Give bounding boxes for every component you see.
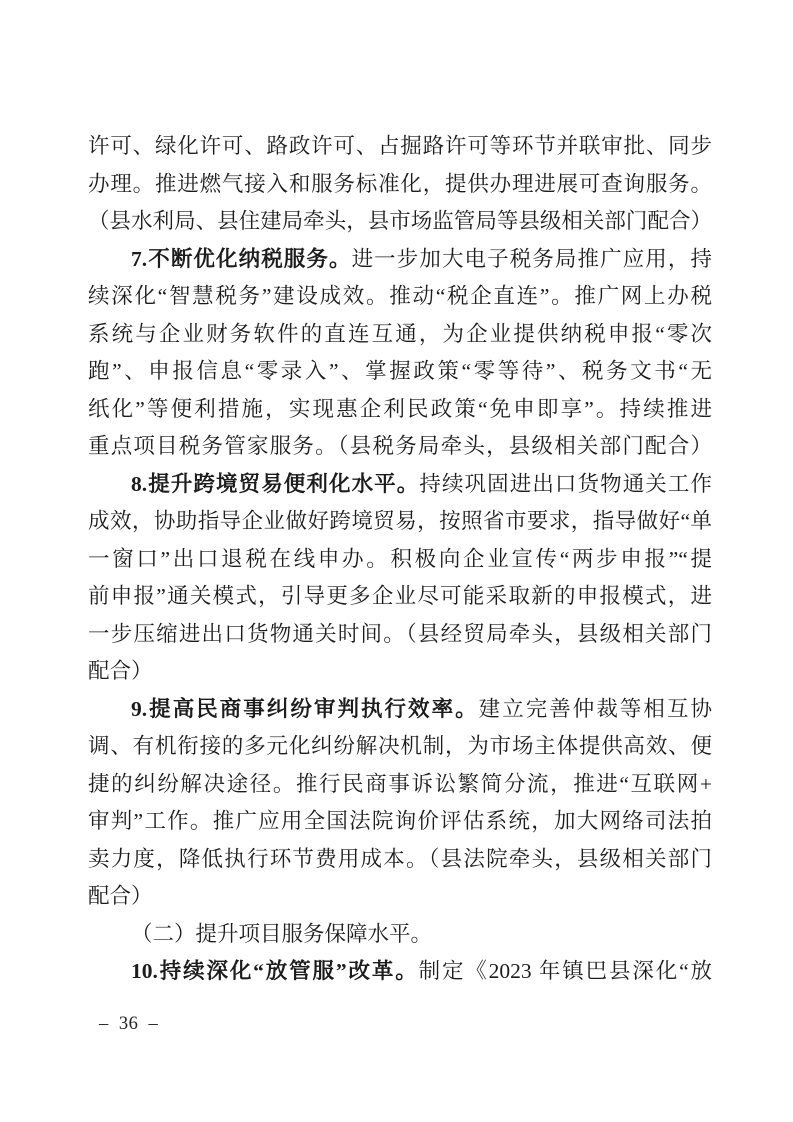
line-text: 成效，协助指导企业做好跨境贸易，按照省市要求，指导做好“单 — [88, 509, 712, 533]
line-text: （二）提升项目服务保障水平。 — [131, 922, 432, 946]
text-line: 一窗口”出口退税在线申办。积极向企业宣传“两步申报”“提 — [88, 541, 712, 579]
text-line: 续深化“智慧税务”建设成效。推动“税企直连”。推广网上办税 — [88, 278, 712, 316]
line-text: 卖力度，降低执行环节费用成本。（县法院牵头，县级相关部门 — [88, 847, 712, 871]
text-line: 纸化”等便利措施，实现惠企利民政策“免申即享”。持续推进 — [88, 391, 712, 429]
line-text: 许可、绿化许可、路政许可、占掘路许可等环节并联审批、同步 — [88, 134, 712, 158]
text-line: 跑”、申报信息“零录入”、掌握政策“零等待”、税务文书“无 — [88, 353, 712, 391]
line-text: 办理。推进燃气接入和服务标准化，提供办理进展可查询服务。 — [88, 172, 712, 196]
line-text: 进一步加大电子税务局推广应用，持 — [352, 247, 712, 271]
document-page: 许可、绿化许可、路政许可、占掘路许可等环节并联审批、同步 办理。推进燃气接入和服… — [0, 0, 793, 1122]
item-10-heading: 10.持续深化“放管服”改革。 — [131, 959, 419, 983]
line-text: 调、有机衔接的多元化纠纷解决机制，为市场主体提供高效、便 — [88, 734, 712, 758]
text-line: 系统与企业财务软件的直连互通，为企业提供纳税申报“零次 — [88, 316, 712, 354]
line-text: 持续巩固进出口货物通关工作 — [419, 472, 712, 496]
line-text: 跑”、申报信息“零录入”、掌握政策“零等待”、税务文书“无 — [88, 359, 712, 383]
text-line: 许可、绿化许可、路政许可、占掘路许可等环节并联审批、同步 — [88, 128, 712, 166]
text-line-item-9: 9.提高民商事纠纷审判执行效率。建立完善仲裁等相互协 — [88, 691, 712, 729]
line-text: 一窗口”出口退税在线申办。积极向企业宣传“两步申报”“提 — [88, 547, 712, 571]
text-line: 一步压缩进出口货物通关时间。（县经贸局牵头，县级相关部门 — [88, 616, 712, 654]
line-text: 制定《2023 年镇巴县深化“放 — [419, 959, 712, 983]
text-line: （县水利局、县住建局牵头，县市场监管局等县级相关部门配合） — [88, 203, 712, 241]
line-text: 建立完善仲裁等相互协 — [479, 697, 712, 721]
line-text: 审判”工作。推广应用全国法院询价评估系统，加大网络司法拍 — [88, 809, 712, 833]
text-line: 捷的纠纷解决途径。推行民商事诉讼繁简分流，推进“互联网+ — [88, 766, 712, 804]
line-text: 配合） — [88, 884, 153, 908]
item-9-heading: 9.提高民商事纠纷审判执行效率。 — [131, 697, 479, 721]
text-line-item-10: 10.持续深化“放管服”改革。制定《2023 年镇巴县深化“放 — [88, 953, 712, 991]
text-line: 前申报”通关模式，引导更多企业尽可能采取新的申报模式，进 — [88, 578, 712, 616]
line-text: 纸化”等便利措施，实现惠企利民政策“免申即享”。持续推进 — [88, 397, 712, 421]
text-line: 调、有机衔接的多元化纠纷解决机制，为市场主体提供高效、便 — [88, 728, 712, 766]
text-line-item-8: 8.提升跨境贸易便利化水平。持续巩固进出口货物通关工作 — [88, 466, 712, 504]
text-line: 重点项目税务管家服务。（县税务局牵头，县级相关部门配合） — [88, 428, 712, 466]
text-line: 配合） — [88, 878, 712, 916]
item-7-heading: 7.不断优化纳税服务。 — [131, 247, 352, 271]
line-text: 重点项目税务管家服务。（县税务局牵头，县级相关部门配合） — [88, 434, 712, 458]
line-text: 配合） — [88, 659, 153, 683]
page-number: – 36 – — [99, 1012, 158, 1036]
line-text: （县水利局、县住建局牵头，县市场监管局等县级相关部门配合） — [88, 209, 712, 233]
line-text: 前申报”通关模式，引导更多企业尽可能采取新的申报模式，进 — [88, 584, 712, 608]
line-text: 系统与企业财务软件的直连互通，为企业提供纳税申报“零次 — [88, 322, 712, 346]
line-text: 捷的纠纷解决途径。推行民商事诉讼繁简分流，推进“互联网+ — [88, 772, 712, 796]
item-8-heading: 8.提升跨境贸易便利化水平。 — [131, 472, 419, 496]
text-line: 成效，协助指导企业做好跨境贸易，按照省市要求，指导做好“单 — [88, 503, 712, 541]
text-line: 配合） — [88, 653, 712, 691]
text-line-item-7: 7.不断优化纳税服务。进一步加大电子税务局推广应用，持 — [88, 241, 712, 279]
section-2-heading: （二）提升项目服务保障水平。 — [88, 916, 712, 954]
text-line: 卖力度，降低执行环节费用成本。（县法院牵头，县级相关部门 — [88, 841, 712, 879]
text-line: 办理。推进燃气接入和服务标准化，提供办理进展可查询服务。 — [88, 166, 712, 204]
text-line: 审判”工作。推广应用全国法院询价评估系统，加大网络司法拍 — [88, 803, 712, 841]
line-text: 续深化“智慧税务”建设成效。推动“税企直连”。推广网上办税 — [88, 284, 712, 308]
line-text: 一步压缩进出口货物通关时间。（县经贸局牵头，县级相关部门 — [88, 622, 712, 646]
document-body: 许可、绿化许可、路政许可、占掘路许可等环节并联审批、同步 办理。推进燃气接入和服… — [88, 128, 712, 991]
